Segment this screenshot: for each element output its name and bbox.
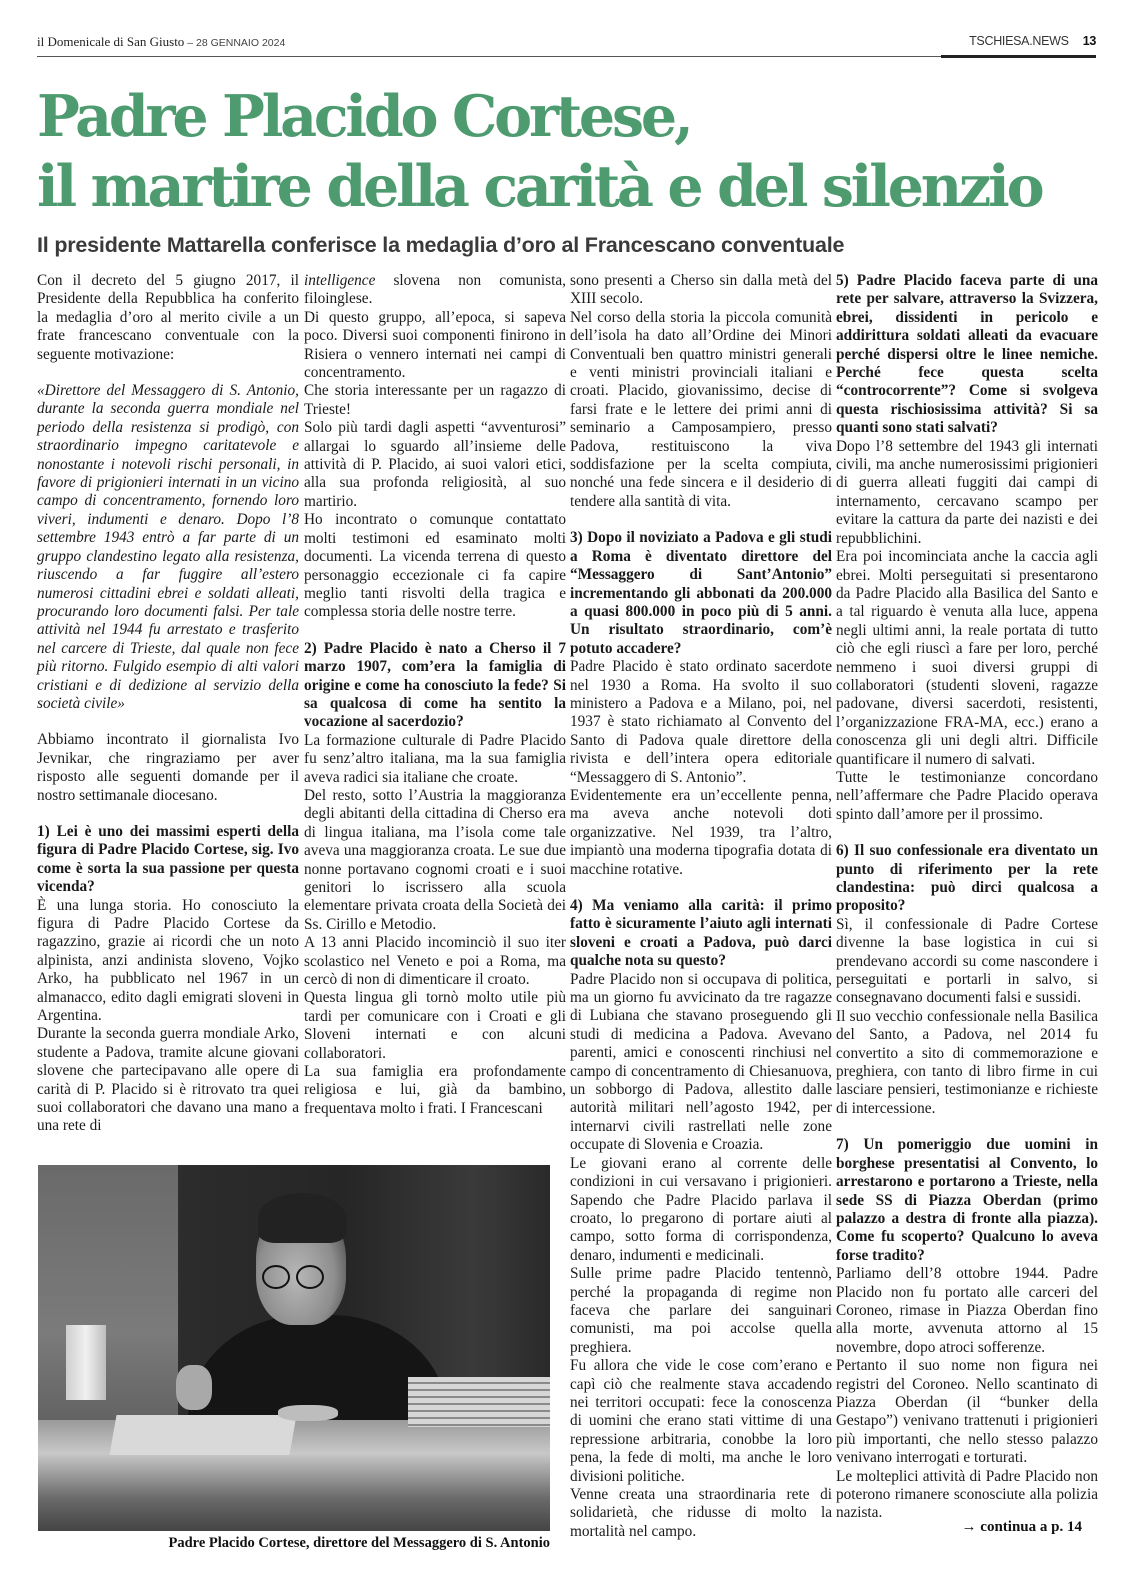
paragraph: Fu allora che vide le cose com’erano e c… [570,1357,832,1486]
italic-term: intelligence [304,272,375,289]
paragraph: Questa lingua gli tornò molto utile più … [304,989,566,1063]
paragraph: Era poi incominciata anche la caccia agl… [836,548,1098,769]
paragraph: Solo più tardi dagli aspetti “avventuros… [304,419,566,511]
header-divider [37,56,1096,57]
paragraph-gap [37,364,299,382]
header-accent-divider [941,55,1096,58]
website-link[interactable]: TSCHIESA.NEWS [969,34,1069,48]
paragraph: Le molteplici attività di Padre Placido … [836,1468,1098,1523]
interview-question: 7) Un pomeriggio due uomini in borghese … [836,1136,1098,1265]
issue-date: 28 GENNAIO 2024 [196,37,285,49]
photo-papers [109,1415,296,1455]
interview-question: 3) Dopo il noviziato a Padova e gli stud… [570,529,832,658]
interview-question: 6) Il suo confessionale era diventato un… [836,842,1098,916]
paragraph-gap [37,805,299,823]
page-meta: TSCHIESA.NEWS13 [969,34,1096,48]
paragraph-gap [304,622,566,640]
paragraph: Abbiamo incontrato il giornalista Ivo Je… [37,731,299,805]
article-column-4: 5) Padre Placido faceva parte di una ret… [836,272,1098,1523]
interview-question: 1) Lei è uno dei massimi esperti della f… [37,823,299,897]
paragraph: intelligence slovena non comunista, filo… [304,272,566,309]
separator: – [184,37,196,49]
paragraph: Che storia interessante per un ragazzo d… [304,382,566,419]
interview-question: 4) Ma veniamo alla carità: il primo fatt… [570,897,832,971]
paragraph: Il suo vecchio confessionale nella Basil… [836,1008,1098,1118]
paragraph: Del resto, sotto l’Austria la maggioranz… [304,787,566,934]
paragraph-gap [570,879,832,897]
interview-question: 5) Padre Placido faceva parte di una ret… [836,272,1098,438]
paragraph: Durante la seconda guerra mondiale Arko,… [37,1025,299,1135]
paragraph: La formazione culturale di Padre Placido… [304,732,566,787]
paragraph: Parliamo dell’8 ottobre 1944. Padre Plac… [836,1265,1098,1357]
continue-link[interactable]: → continua a p. 14 [836,1519,1082,1536]
paragraph: sono presenti a Cherso sin dalla metà de… [570,272,832,309]
publication-info: il Domenicale di San Giusto – 28 GENNAIO… [37,34,285,50]
paragraph: Venne creata una straordinaria rete di s… [570,1486,832,1541]
photo-cup [66,1325,106,1400]
photo-figure-hair [258,1193,346,1243]
paragraph: Le giovani erano al corrente delle condi… [570,1155,832,1265]
article-title: Padre Placido Cortese, il martire della … [37,82,1117,222]
photo-glasses [260,1265,330,1285]
photo-hand [176,1365,212,1410]
photo-caption: Padre Placido Cortese, direttore del Mes… [38,1535,550,1552]
paragraph-gap [37,713,299,731]
paragraph-gap [836,1118,1098,1136]
paragraph-gap [570,511,832,529]
article-column-2: intelligence slovena non comunista, filo… [304,272,566,1118]
paragraph: Sì, il confessionale di Padre Cortese di… [836,916,1098,1008]
photo-hand-2 [278,1405,338,1421]
page-header: il Domenicale di San Giusto – 28 GENNAIO… [37,32,1096,50]
paragraph: Di questo gruppo, all’epoca, si sapeva p… [304,309,566,383]
photo-background [38,1165,178,1445]
paragraph: A 13 anni Placido incominciò il suo iter… [304,934,566,989]
paragraph: Padre Placido non si occupava di politic… [570,971,832,1155]
paragraph: Pertanto il suo nome non figura nei regi… [836,1357,1098,1467]
citation-quote: «Direttore del Messaggero di S. Antonio,… [37,382,299,713]
title-line-1: Padre Placido Cortese, [37,83,691,150]
article-photo [38,1165,550,1531]
publication-name: il Domenicale di San Giusto [37,34,184,49]
paragraph: Nel corso della storia la piccola comuni… [570,309,832,511]
paragraph: Dopo l’8 settembre del 1943 gli internat… [836,438,1098,548]
paragraph: Padre Placido è stato ordinato sacerdote… [570,658,832,787]
paragraph: Evidentemente era un’eccellente penna, m… [570,787,832,879]
paragraph: La sua famiglia era profondamente religi… [304,1063,566,1118]
paragraph: Sulle prime padre Placido tentennò, perc… [570,1265,832,1357]
interview-question: 2) Padre Placido è nato a Cherso il 7 ma… [304,640,566,732]
article-column-3: sono presenti a Cherso sin dalla metà de… [570,272,832,1541]
article-subtitle: Il presidente Mattarella conferisce la m… [37,233,844,258]
paragraph: Con il decreto del 5 giugno 2017, il Pre… [37,272,299,364]
article-column-1: Con il decreto del 5 giugno 2017, il Pre… [37,272,299,1136]
paragraph: È una lunga storia. Ho conosciuto la fig… [37,897,299,1026]
photo-paper-stack [408,1377,550,1427]
title-line-2: il martire della carità e del silenzio [37,153,1041,220]
paragraph-gap [836,824,1098,842]
paragraph: Tutte le testimonianze concordano nell’a… [836,769,1098,824]
page-number: 13 [1083,34,1096,48]
paragraph: Ho incontrato o comunque contattato molt… [304,511,566,621]
